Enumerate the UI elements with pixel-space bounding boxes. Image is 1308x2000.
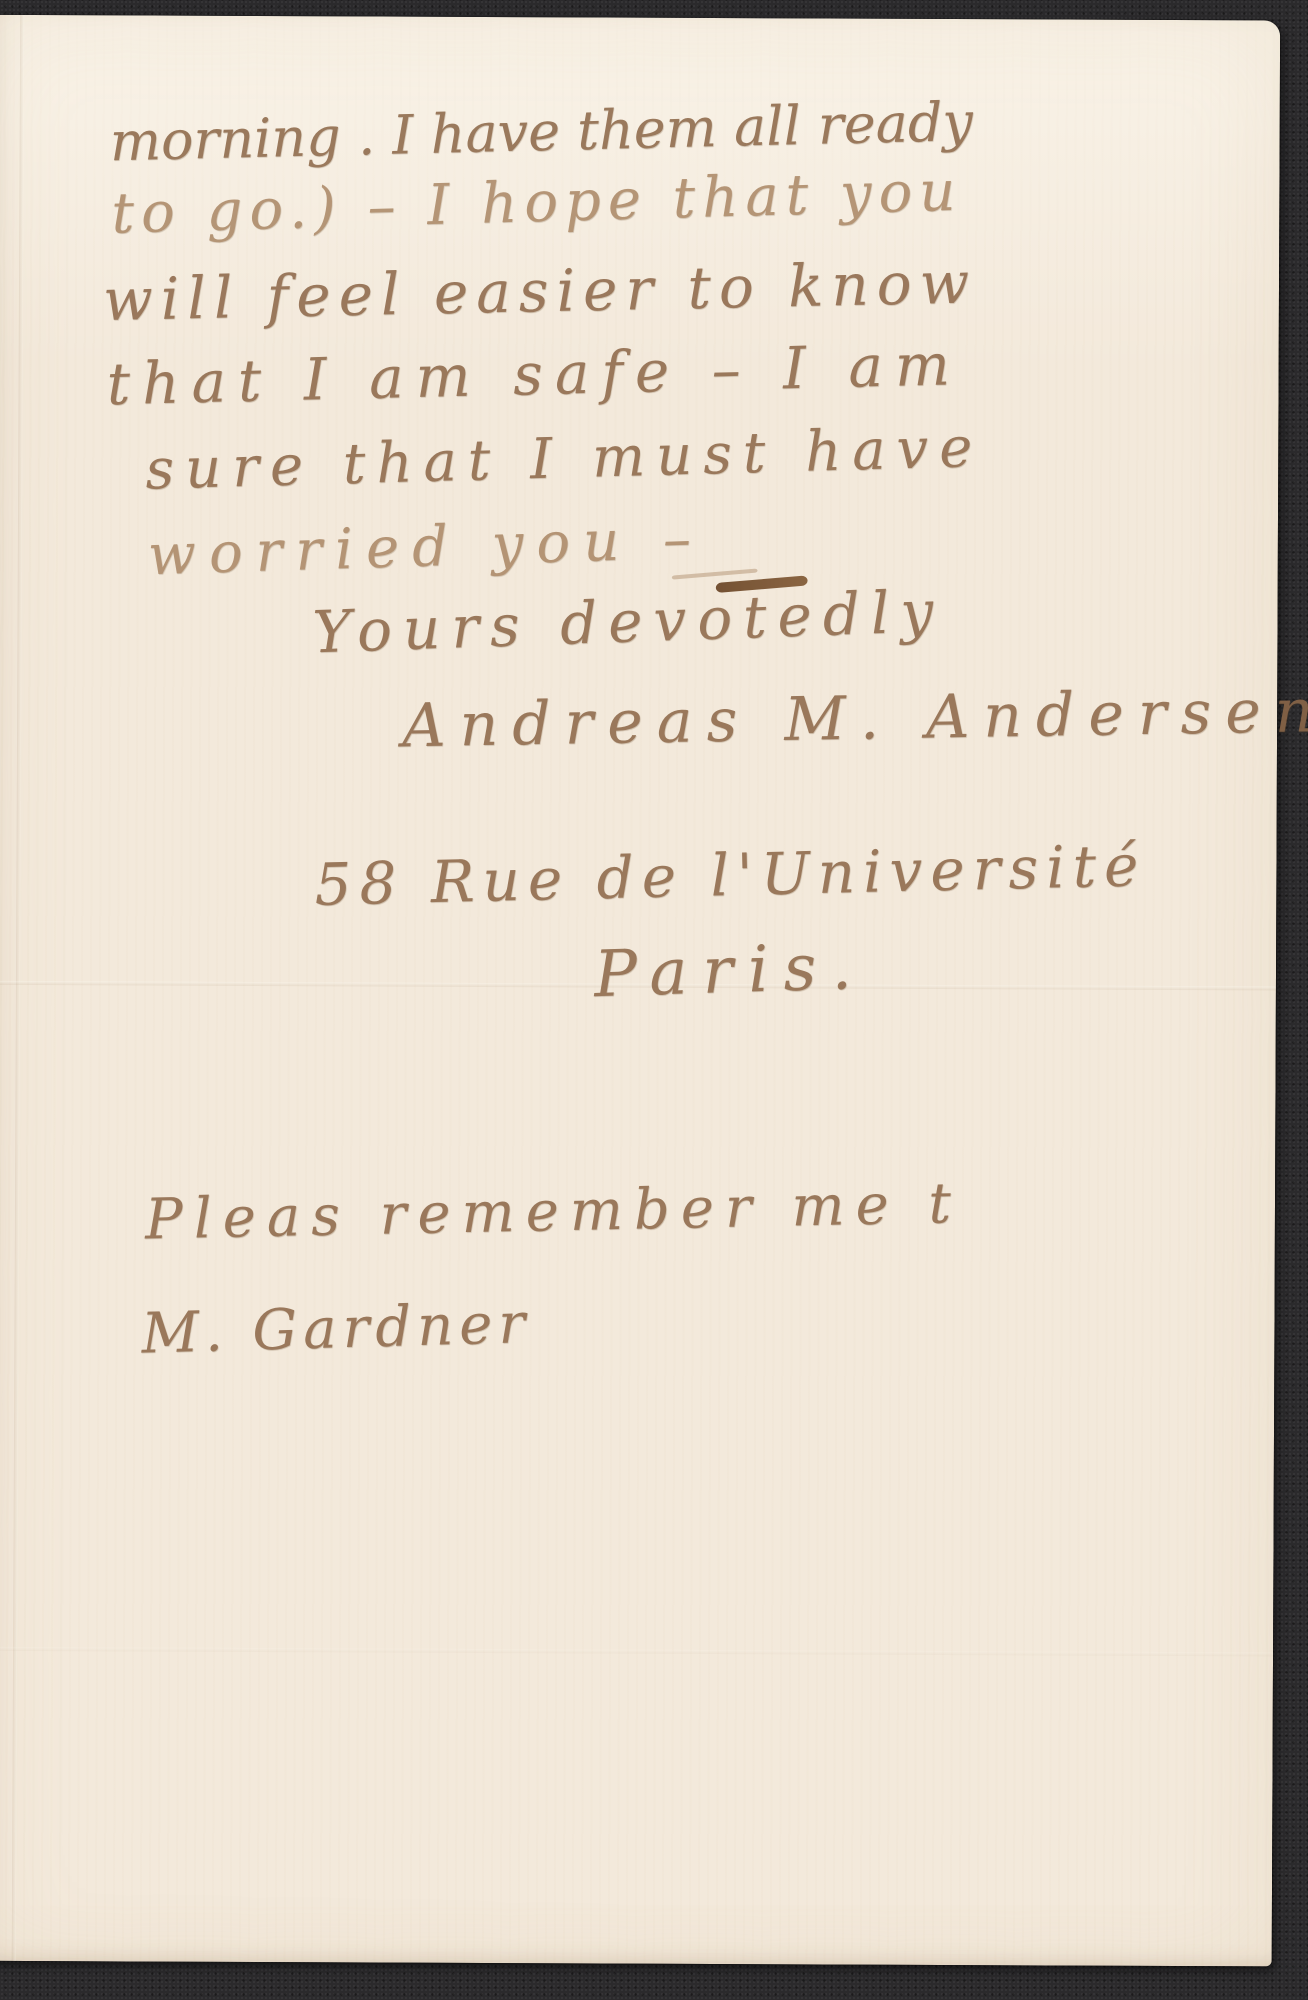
handwriting-line: sure that I must have: [145, 415, 985, 503]
address-line-city: Paris.: [593, 930, 868, 1012]
letter-page: morning . I have them all ready to go.) …: [0, 15, 1280, 1967]
handwriting-line: to go.) – I hope that you: [111, 159, 963, 247]
signature-line: Andreas M. Andersen: [402, 676, 1308, 761]
closing-line: Yours devotedly: [312, 577, 946, 666]
left-edge-crease: [12, 15, 24, 1961]
postscript-line: M. Gardner: [141, 1291, 532, 1367]
horizontal-fold-line: [0, 1647, 1273, 1657]
postscript-line: Pleas remember me t: [144, 1171, 962, 1252]
handwriting-line: worried you –: [147, 506, 705, 588]
handwriting-line: will feel easier to know: [102, 248, 977, 334]
letter-scan-background: morning . I have them all ready to go.) …: [0, 0, 1308, 2000]
handwriting-line: that I am safe – I am: [106, 330, 963, 418]
address-line-street: 58 Rue de l'Université: [314, 831, 1147, 919]
